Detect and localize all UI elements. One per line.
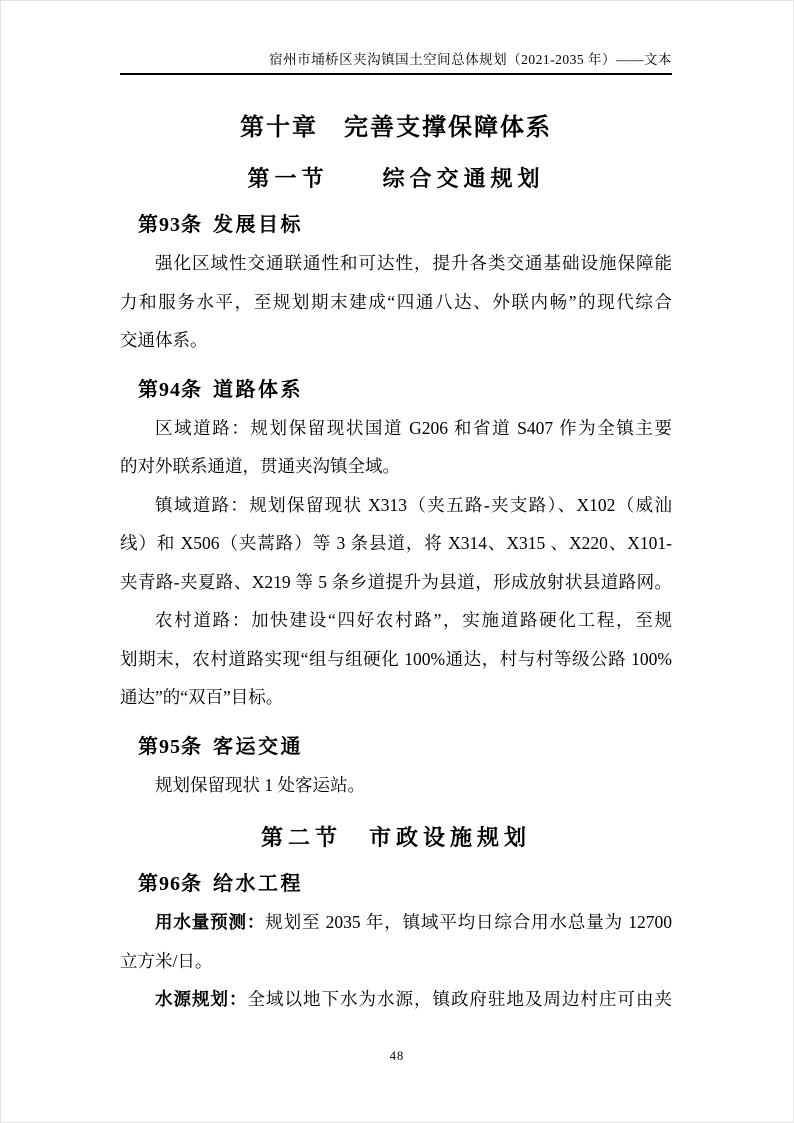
- running-header-title: 宿州市埇桥区夹沟镇国土空间总体规划（2021-2035 年）——文本: [120, 51, 672, 69]
- text-line: 力和服务水平，至规划期末建成“四通八达、外联内畅”的现代综合: [120, 283, 672, 322]
- paragraph: 区域道路：规划保留现状国道 G206 和省道 S407 作为全镇主要的对外联系通…: [120, 409, 672, 486]
- text-line: 农村道路：加快建设“四好农村路”，实施道路硬化工程，至规: [120, 601, 672, 640]
- text-line: 强化区域性交通联通性和可达性，提升各类交通基础设施保障能: [120, 244, 672, 283]
- page-header: 宿州市埇桥区夹沟镇国土空间总体规划（2021-2035 年）——文本: [120, 1, 672, 75]
- article-heading: 第95条客运交通: [120, 733, 672, 761]
- text-line: 通达”的“双百”目标。: [120, 678, 672, 717]
- text-line: 夹青路-夹夏路、X219 等 5 条乡道提升为县道，形成放射状县道路网。: [120, 563, 672, 602]
- article-title: 给水工程: [213, 873, 303, 895]
- article-heading: 第94条道路体系: [120, 376, 672, 404]
- article-title: 发展目标: [213, 214, 303, 236]
- section-title: 第一节 综合交通规划: [120, 163, 672, 195]
- article-heading: 第96条给水工程: [120, 870, 672, 898]
- text-line: 区域道路：规划保留现状国道 G206 和省道 S407 作为全镇主要: [120, 409, 672, 448]
- text-line: 镇域道路：规划保留现状 X313（夹五路-夹支路）、X102（威汕: [120, 486, 672, 525]
- text-line: 立方米/日。: [120, 942, 672, 981]
- text-line: 交通体系。: [120, 321, 672, 360]
- text-line: 规划保留现状 1 处客运站。: [120, 766, 672, 805]
- article-number: 第93条: [138, 214, 202, 236]
- section-title: 第二节 市政设施规划: [120, 822, 672, 854]
- paragraph: 水源规划：全域以地下水为水源，镇政府驻地及周边村庄可由夹: [120, 980, 672, 1019]
- text-line: 的对外联系通道，贯通夹沟镇全域。: [120, 447, 672, 486]
- chapter-title: 第十章 完善支撑保障体系: [120, 111, 672, 145]
- article-number: 第94条: [138, 379, 202, 401]
- text-line: 用水量预测：规划至 2035 年，镇域平均日综合用水总量为 12700: [120, 903, 672, 942]
- article-title: 道路体系: [213, 379, 303, 401]
- article-heading: 第93条发展目标: [120, 211, 672, 239]
- paragraph-lead: 水源规划：: [155, 989, 248, 1009]
- paragraph: 规划保留现状 1 处客运站。: [120, 766, 672, 805]
- paragraph: 农村道路：加快建设“四好农村路”，实施道路硬化工程，至规划期末，农村道路实现“组…: [120, 601, 672, 717]
- article-number: 第96条: [138, 873, 202, 895]
- paragraph: 镇域道路：规划保留现状 X313（夹五路-夹支路）、X102（威汕线）和 X50…: [120, 486, 672, 602]
- page-number: 48: [390, 1049, 405, 1063]
- document-page: 宿州市埇桥区夹沟镇国土空间总体规划（2021-2035 年）——文本 第十章 完…: [0, 0, 794, 1123]
- paragraph-lead: 用水量预测：: [155, 912, 265, 932]
- article-number: 第95条: [138, 736, 202, 758]
- paragraph: 用水量预测：规划至 2035 年，镇域平均日综合用水总量为 12700立方米/日…: [120, 903, 672, 980]
- text-run: 全域以地下水为水源，镇政府驻地及周边村庄可由夹: [248, 989, 673, 1009]
- document-body: 第十章 完善支撑保障体系第一节 综合交通规划第93条发展目标强化区域性交通联通性…: [120, 111, 672, 1019]
- text-line: 线）和 X506（夹蒿路）等 3 条县道，将 X314、X315 、X220、X…: [120, 524, 672, 563]
- article-title: 客运交通: [213, 736, 303, 758]
- text-run: 规划至 2035 年，镇域平均日综合用水总量为 12700: [265, 912, 672, 932]
- page-footer: 48: [1, 1049, 793, 1064]
- text-line: 水源规划：全域以地下水为水源，镇政府驻地及周边村庄可由夹: [120, 980, 672, 1019]
- text-line: 划期末，农村道路实现“组与组硬化 100%通达，村与村等级公路 100%: [120, 640, 672, 679]
- paragraph: 强化区域性交通联通性和可达性，提升各类交通基础设施保障能力和服务水平，至规划期末…: [120, 244, 672, 360]
